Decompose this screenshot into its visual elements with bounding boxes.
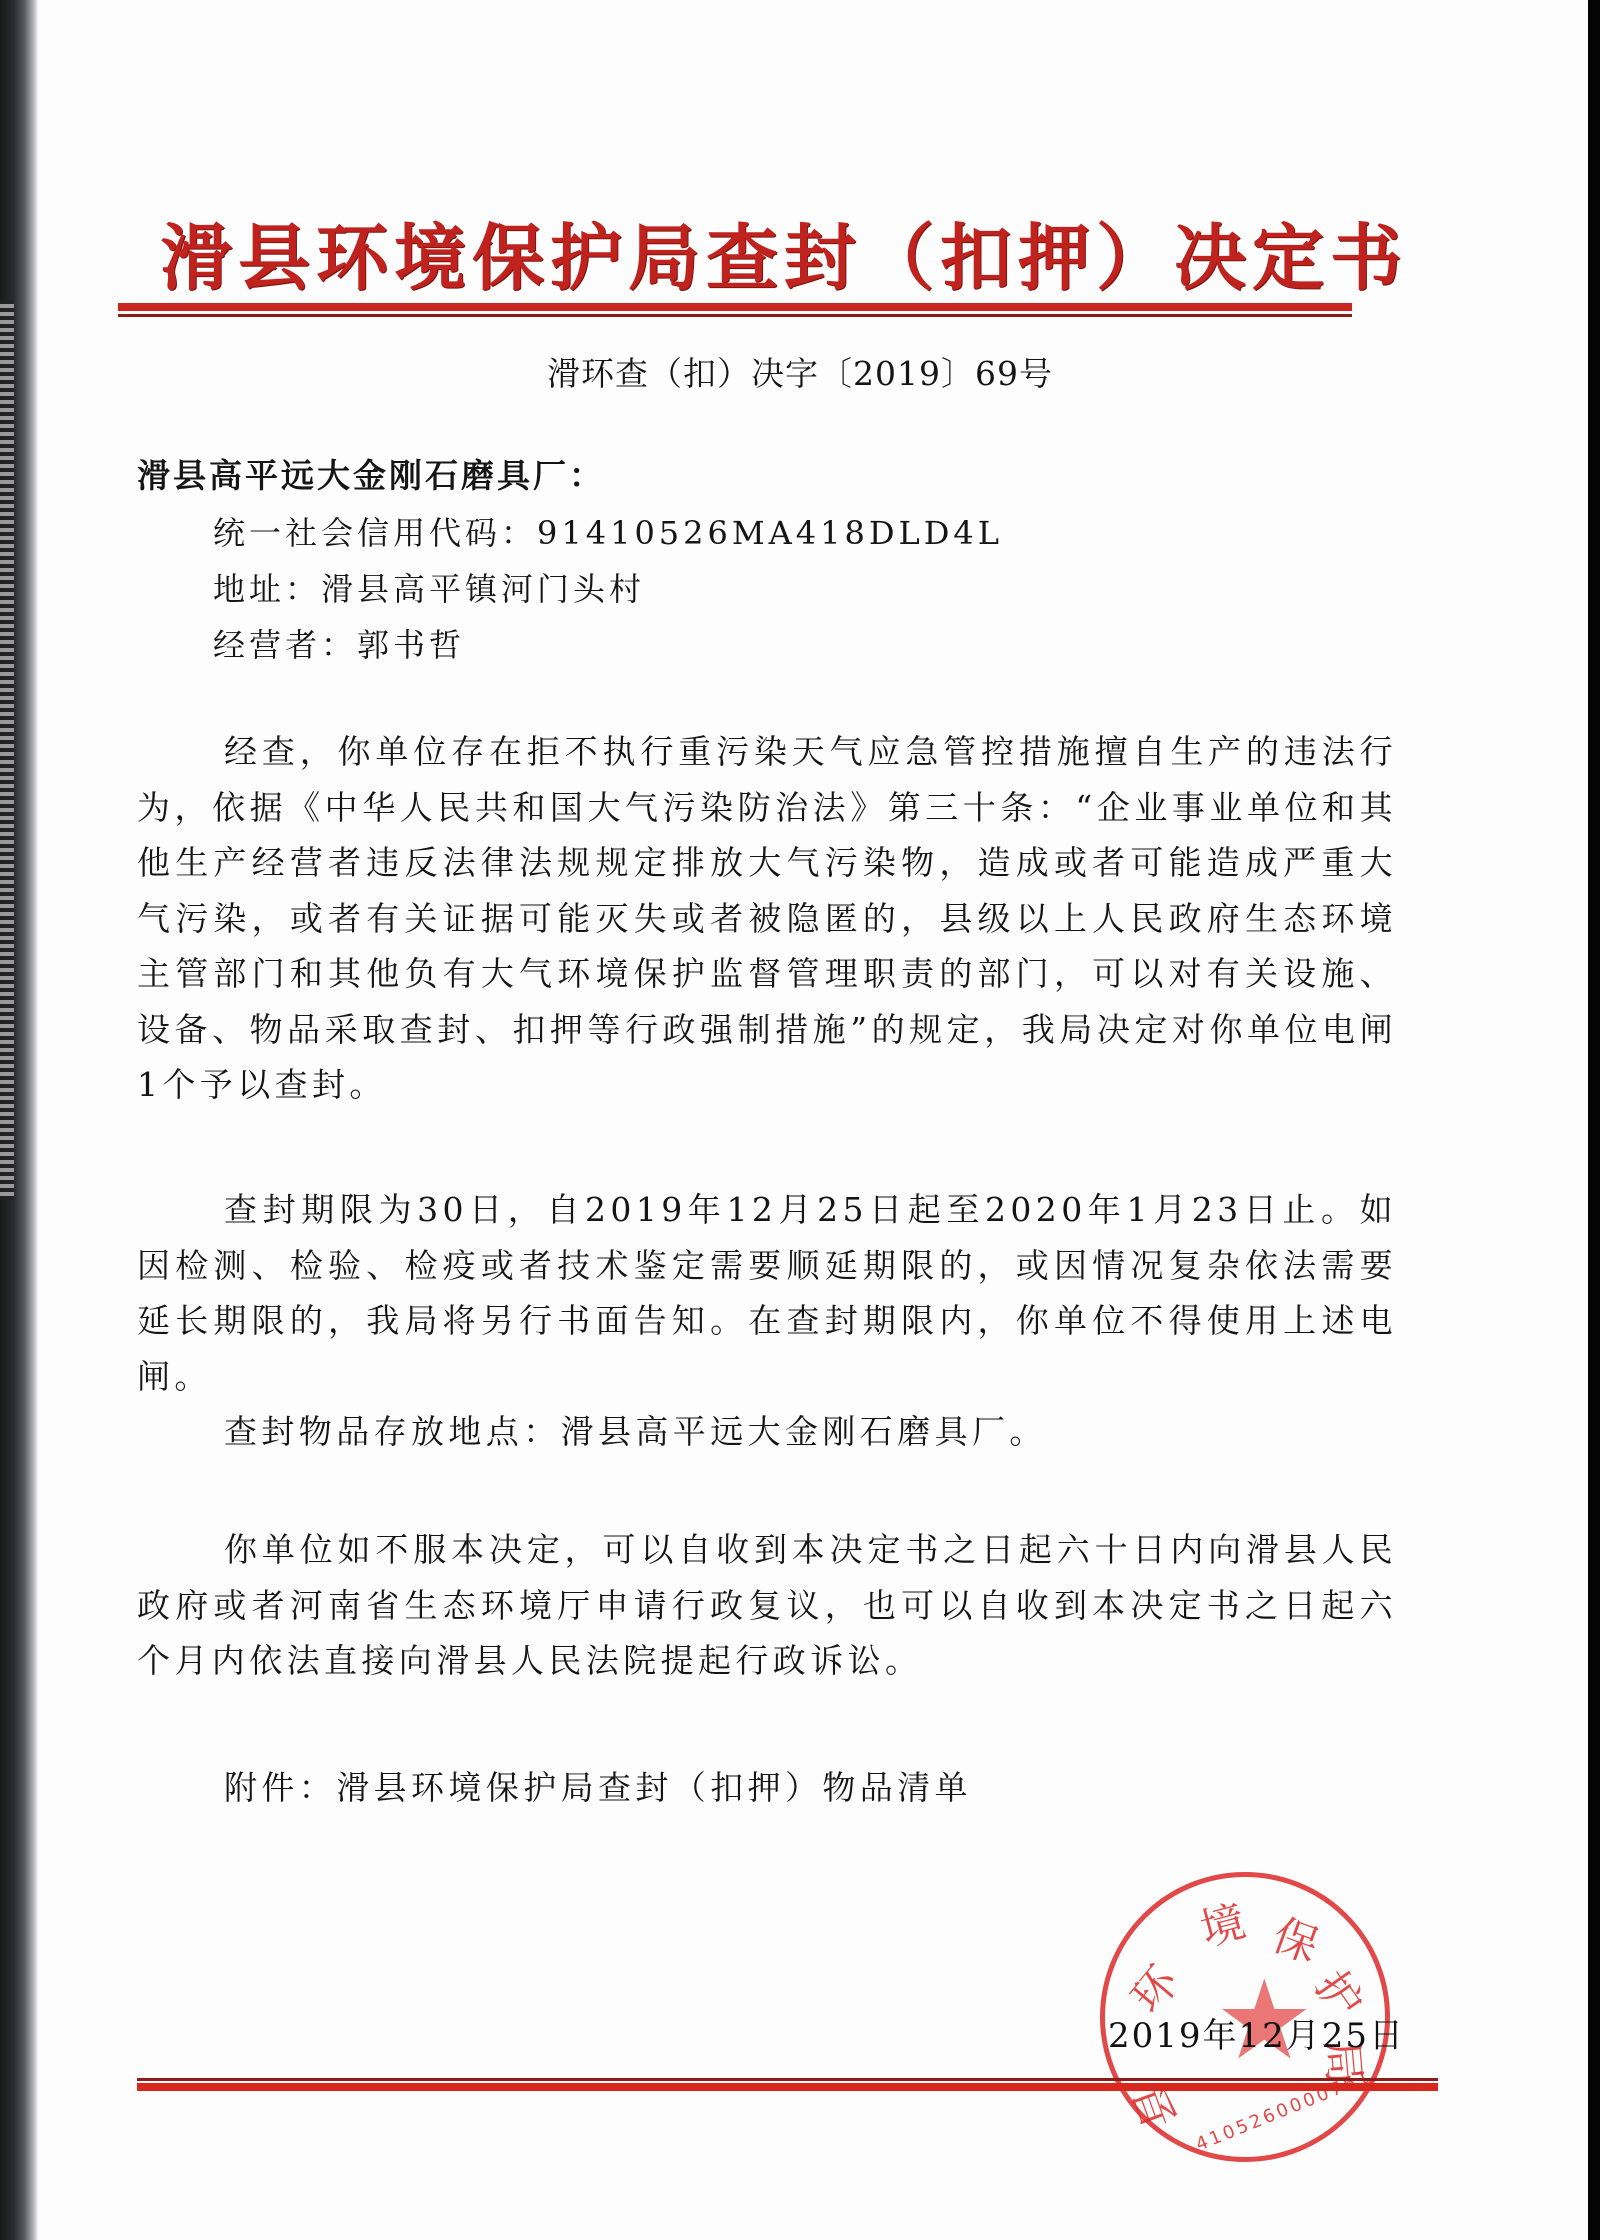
footer-rule-thin — [137, 2078, 1438, 2081]
page-binding-edge — [0, 300, 14, 1200]
operator: 经营者：郭书哲 — [213, 620, 465, 666]
header-rule-thin — [118, 314, 1352, 317]
scan-edge — [1588, 0, 1600, 2240]
credit-code: 统一社会信用代码：91410526MA418DLD4L — [213, 508, 1003, 554]
paragraph-attachment: 附件：滑县环境保护局查封（扣押）物品清单 — [137, 1760, 1397, 1816]
paragraph-appeal-rights: 你单位如不服本决定，可以自收到本决定书之日起六十日内向滑县人民政府或者河南省生态… — [137, 1522, 1397, 1689]
recipient-name: 滑县高平远大金刚石磨具厂： — [137, 450, 605, 497]
document-number: 滑环查（扣）决字〔2019〕69号 — [0, 348, 1600, 395]
paragraph-findings: 经查，你单位存在拒不执行重污染天气应急管控措施擅自生产的违法行为，依据《中华人民… — [137, 724, 1397, 1113]
footer-rule-thick — [137, 2083, 1438, 2091]
issue-date: 2019年12月25日 — [1108, 2008, 1405, 2057]
paragraph-storage-location: 查封物品存放地点：滑县高平远大金刚石磨具厂。 — [137, 1404, 1397, 1460]
address: 地址：滑县高平镇河门头村 — [213, 564, 645, 610]
paragraph-seal-period: 查封期限为30日，自2019年12月25日起至2020年1月23日止。如因检测、… — [137, 1182, 1397, 1404]
header-rule-thick — [118, 303, 1352, 311]
document-title: 滑县环境保护局查封（扣押）决定书 — [160, 200, 1310, 304]
